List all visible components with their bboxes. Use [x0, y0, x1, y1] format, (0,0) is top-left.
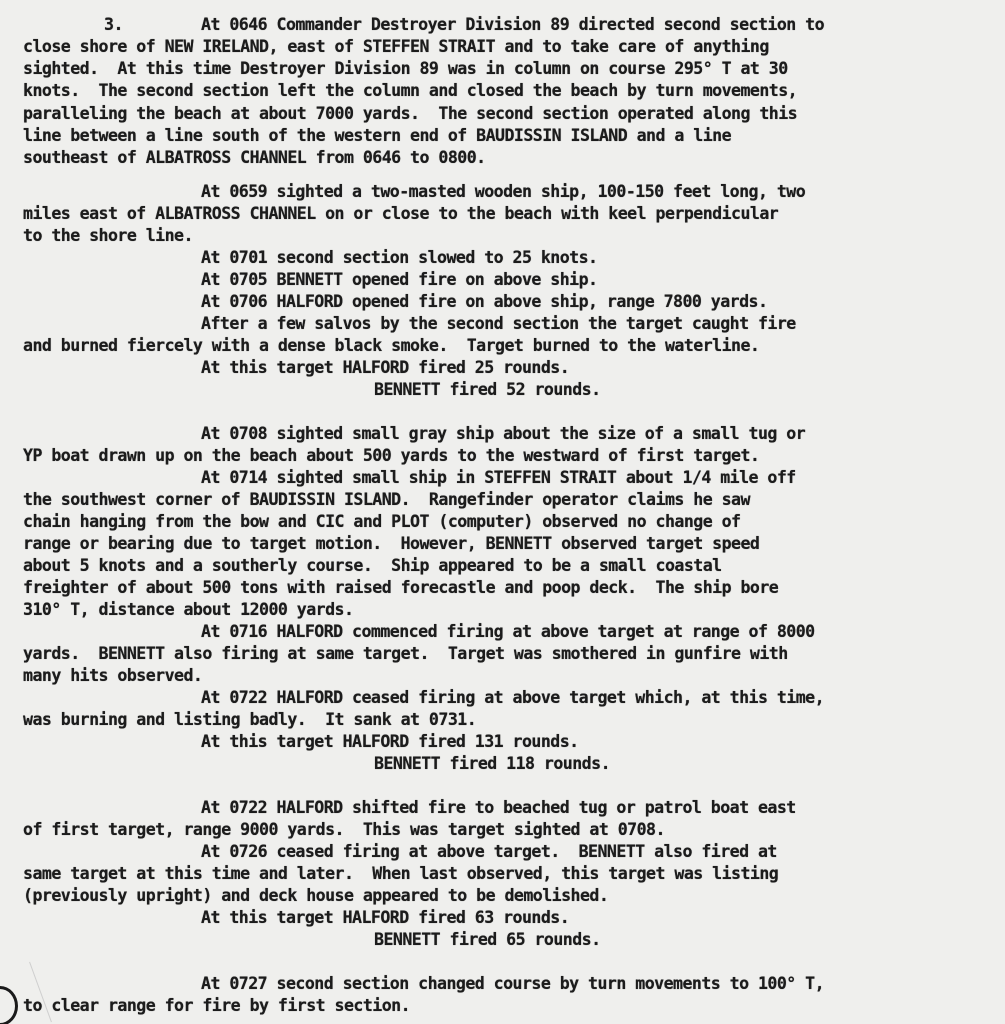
document-line: many hits observed.: [23, 665, 202, 687]
document-line: At 0701 second section slowed to 25 knot…: [201, 247, 598, 269]
document-line: sighted. At this time Destroyer Division…: [23, 58, 788, 80]
document-line: miles east of ALBATROSS CHANNEL on or cl…: [23, 203, 778, 225]
paragraph-number: 3.: [104, 14, 123, 36]
document-line: knots. The second section left the colum…: [23, 80, 797, 102]
document-line: freighter of about 500 tons with raised …: [23, 577, 778, 599]
document-line: At 0646 Commander Destroyer Division 89 …: [201, 14, 824, 36]
document-line: At 0708 sighted small gray ship about th…: [201, 423, 805, 445]
document-line: chain hanging from the bow and CIC and P…: [23, 511, 740, 533]
document-line: BENNETT fired 65 rounds.: [374, 929, 601, 951]
document-line: line between a line south of the western…: [23, 125, 731, 147]
document-line: to the shore line.: [23, 225, 193, 247]
document-line: At 0659 sighted a two-masted wooden ship…: [201, 181, 805, 203]
document-line: southeast of ALBATROSS CHANNEL from 0646…: [23, 147, 486, 169]
document-line: to clear range for fire by first section…: [23, 995, 410, 1017]
document-line: same target at this time and later. When…: [23, 863, 778, 885]
document-line: close shore of NEW IRELAND, east of STEF…: [23, 36, 769, 58]
document-line: At 0714 sighted small ship in STEFFEN ST…: [201, 467, 796, 489]
document-line: the southwest corner of BAUDISSIN ISLAND…: [23, 489, 750, 511]
document-line: At 0722 HALFORD ceased firing at above t…: [201, 687, 824, 709]
document-line: range or bearing due to target motion. H…: [23, 533, 759, 555]
document-line: paralleling the beach at about 7000 yard…: [23, 103, 797, 125]
document-line: At 0722 HALFORD shifted fire to beached …: [201, 797, 796, 819]
document-line: After a few salvos by the second section…: [201, 313, 796, 335]
document-line: At 0716 HALFORD commenced firing at abov…: [201, 621, 815, 643]
document-line: At 0726 ceased firing at above target. B…: [201, 841, 777, 863]
document-line: (previously upright) and deck house appe…: [23, 885, 608, 907]
document-line: BENNETT fired 118 rounds.: [374, 753, 610, 775]
document-line: At 0727 second section changed course by…: [201, 973, 824, 995]
document-line: At this target HALFORD fired 25 rounds.: [201, 357, 569, 379]
document-line: At 0706 HALFORD opened fire on above shi…: [201, 291, 767, 313]
document-line: 310° T, distance about 12000 yards.: [23, 599, 353, 621]
document-line: about 5 knots and a southerly course. Sh…: [23, 555, 722, 577]
document-line: yards. BENNETT also firing at same targe…: [23, 643, 788, 665]
document-page: 3. At 0646 Commander Destroyer Division …: [0, 0, 1005, 1024]
document-line: At this target HALFORD fired 63 rounds.: [201, 907, 569, 929]
page-number-circle-mark: [0, 986, 18, 1024]
document-line: BENNETT fired 52 rounds.: [374, 379, 601, 401]
document-line: At this target HALFORD fired 131 rounds.: [201, 731, 579, 753]
document-line: of first target, range 9000 yards. This …: [23, 819, 665, 841]
document-line: YP boat drawn up on the beach about 500 …: [23, 445, 759, 467]
document-line: At 0705 BENNETT opened fire on above shi…: [201, 269, 598, 291]
document-line: and burned fiercely with a dense black s…: [23, 335, 759, 357]
document-line: was burning and listing badly. It sank a…: [23, 709, 476, 731]
